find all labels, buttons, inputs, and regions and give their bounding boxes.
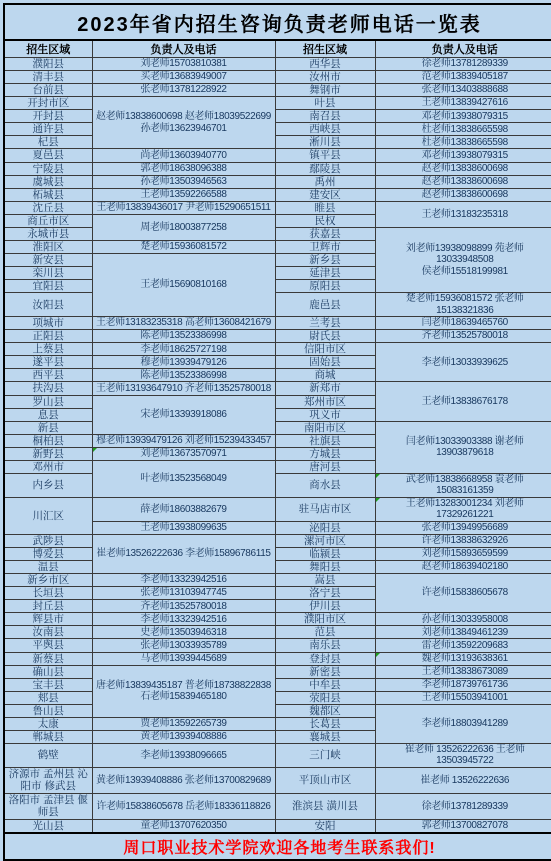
phone-cell: 王老师13938099635: [92, 521, 275, 534]
phone-cell: 张老师13403888688: [375, 84, 551, 97]
phone-cell: 张老师13103947745: [92, 587, 275, 600]
region-cell: 延津县: [275, 267, 375, 280]
phone-cell: 邓老师13938079315: [375, 149, 551, 162]
table-row: 台前县张老师13781228922舞钢市张老师13403888688: [4, 84, 551, 97]
phone-cell: 刘老师15893659599: [375, 548, 551, 561]
footer-slogan: 周口职业技术学院欢迎各地考生联系我们!: [4, 833, 551, 860]
table-row: 通许县西峡县杜老师13838665598: [4, 123, 551, 136]
region-cell: 嵩县: [275, 574, 375, 587]
region-cell: 开封市区: [4, 97, 92, 110]
phone-cell: 孙老师13503946563: [92, 175, 275, 188]
phone-cell: 齐老师13525780018: [375, 330, 551, 343]
table-row: 上蔡县李老师18625727198信阳市区李老师13033939625: [4, 343, 551, 356]
phone-cell: 郭老师13700827078: [375, 819, 551, 833]
page: 2023年省内招生咨询负责老师电话一览表 招生区域 负责人及电话 招生区域 负责…: [0, 0, 551, 853]
phone-cell: 史老师13503946318: [92, 626, 275, 639]
region-cell: 桐柏县: [4, 434, 92, 447]
table-row: 柘城县王老师13592266588建安区赵老师13838600698: [4, 188, 551, 201]
region-cell: 柘城县: [4, 188, 92, 201]
region-cell: 原阳县: [275, 280, 375, 293]
table-row: 杞县淅川县杜老师13838665598: [4, 136, 551, 149]
table-row: 永城市县获嘉县刘老师13938098899 苑老师13033948508 侯老师…: [4, 227, 551, 240]
region-cell: 襄城县: [275, 730, 375, 743]
region-cell: 沈丘县: [4, 201, 92, 214]
table-row: 夏邑县尚老师13603940770镇平县邓老师13938079315: [4, 149, 551, 162]
phone-cell: 买老师13683949007: [92, 71, 275, 84]
phone-cell: 陈老师13523386998: [92, 330, 275, 343]
region-cell: 遂平县: [4, 356, 92, 369]
region-cell: 西华县: [275, 58, 375, 71]
region-cell: 济源市 孟州县 沁阳市 修武县: [4, 767, 92, 793]
region-cell: 平舆县: [4, 639, 92, 652]
region-cell: 淮滨县 潢川县: [275, 793, 375, 819]
phone-cell: 杜老师13838665598: [375, 123, 551, 136]
region-cell: 正阳县: [4, 330, 92, 343]
phone-cell: 赵老师13838600698 赵老师18039522699 孙老师1362394…: [92, 97, 275, 149]
phone-cell: 赵老师13838600698: [375, 188, 551, 201]
region-cell: 博爱县: [4, 548, 92, 561]
region-cell: 南阳市区: [275, 421, 375, 434]
phone-cell: 王老师13838673089: [375, 665, 551, 678]
table-row: 扶沟县王老师13193647910 齐老师13525780018新郑市王老师13…: [4, 382, 551, 395]
table-row: 虞城县孙老师13503946563禹州赵老师13838600698: [4, 175, 551, 188]
region-cell: 西峡县: [275, 123, 375, 136]
region-cell: 泌阳县: [275, 521, 375, 534]
region-cell: 获嘉县: [275, 227, 375, 240]
phone-cell: 张老师13781228922: [92, 84, 275, 97]
phone-cell: 宋老师13393918086: [92, 395, 275, 434]
phone-cell: 郭老师18638096388: [92, 162, 275, 175]
region-cell: 舞阳县: [275, 561, 375, 574]
phone-cell: 许老师15838605678 岳老师18336118826: [92, 793, 275, 819]
phone-cell: 唐老师13839435187 普老师18738822838 石老师1583946…: [92, 665, 275, 717]
phone-cell: 崔老师 13526222636 王老师13503945722: [375, 743, 551, 767]
region-cell: 汝阳县: [4, 293, 92, 317]
region-cell: 范县: [275, 626, 375, 639]
phone-table: 2023年省内招生咨询负责老师电话一览表 招生区域 负责人及电话 招生区域 负责…: [3, 3, 551, 861]
page-title: 2023年省内招生咨询负责老师电话一览表: [4, 4, 551, 40]
region-cell: 宁陵县: [4, 162, 92, 175]
col-header-phone-left: 负责人及电话: [92, 40, 275, 58]
phone-cell: 崔老师13526222636 李老师15896786115: [92, 534, 275, 573]
phone-cell: 王老师13839427616: [375, 97, 551, 110]
region-cell: 叶县: [275, 97, 375, 110]
region-cell: 杞县: [4, 136, 92, 149]
region-cell: 民权: [275, 214, 375, 227]
region-cell: 鹤壁: [4, 743, 92, 767]
region-cell: 长垣县: [4, 587, 92, 600]
region-cell: 社旗县: [275, 434, 375, 447]
phone-cell: 张老师13949956689: [375, 521, 551, 534]
region-cell: 新乡县: [275, 253, 375, 266]
region-cell: 商丘市区: [4, 214, 92, 227]
phone-cell: 齐老师13525780018: [92, 600, 275, 613]
phone-cell: 王老师13183235318: [375, 201, 551, 227]
region-cell: 魏都区: [275, 704, 375, 717]
phone-cell: 魏老师13193638361: [375, 652, 551, 665]
phone-cell: 周老师18003877258: [92, 214, 275, 240]
table-row: 汝南县史老师13503946318范县刘老师13849461239: [4, 626, 551, 639]
region-cell: 台前县: [4, 84, 92, 97]
table-row: 温县舞阳县赵老师18639402180: [4, 561, 551, 574]
region-cell: 禹州: [275, 175, 375, 188]
region-cell: 西平县: [4, 369, 92, 382]
region-cell: 淅川县: [275, 136, 375, 149]
region-cell: 濮阳县: [4, 58, 92, 71]
region-cell: 扶沟县: [4, 382, 92, 395]
table-row: 新蔡县马老师13939445689登封县魏老师13193638361: [4, 652, 551, 665]
region-cell: 南召县: [275, 110, 375, 123]
region-cell: 开封县: [4, 110, 92, 123]
region-cell: 邓州市: [4, 460, 92, 473]
phone-cell: 雷老师13592209683: [375, 639, 551, 652]
table-row: 宝丰县中牟县李老师18739761736: [4, 678, 551, 691]
region-cell: 虞城县: [4, 175, 92, 188]
table-row: 开封市区赵老师13838600698 赵老师18039522699 孙老师136…: [4, 97, 551, 110]
region-cell: 鹿邑县: [275, 293, 375, 317]
table-row: 川汇区薛老师18603882679驻马店市区王老师13283001234 刘老师…: [4, 497, 551, 521]
region-cell: 濮阳市区: [275, 613, 375, 626]
phone-cell: 范老师13839405187: [375, 71, 551, 84]
col-header-region-left: 招生区域: [4, 40, 92, 58]
phone-cell: 黄老师13939408886 张老师13700829689: [92, 767, 275, 793]
region-cell: 兰考县: [275, 317, 375, 330]
table-row: 新县南阳市区闫老师13033903388 谢老师13903879618: [4, 421, 551, 434]
region-cell: 商城: [275, 369, 375, 382]
phone-cell: 黄老师13939408886: [92, 730, 275, 743]
table-row: 鹤壁李老师13938096665三门峡崔老师 13526222636 王老师13…: [4, 743, 551, 767]
table-row: 项城市王老师13183235318 高老师13608421679兰考县闫老师18…: [4, 317, 551, 330]
table-row: 光山县童老师13707620350安阳郭老师13700827078: [4, 819, 551, 833]
table-row: 博爱县临颍县刘老师15893659599: [4, 548, 551, 561]
region-cell: 郑州市区: [275, 395, 375, 408]
region-cell: 商水县: [275, 473, 375, 497]
phone-cell: 李老师13938096665: [92, 743, 275, 767]
region-cell: 确山县: [4, 665, 92, 678]
region-cell: 卫辉市: [275, 240, 375, 253]
table-row: 鲁山县魏都区李老师18803941289: [4, 704, 551, 717]
phone-cell: 王老师13193647910 齐老师13525780018: [92, 382, 275, 395]
phone-cell: 刘老师13938098899 苑老师13033948508 侯老师1551819…: [375, 227, 551, 292]
region-cell: 睢县: [275, 201, 375, 214]
region-cell: 洛宁县: [275, 587, 375, 600]
phone-cell: 李老师18625727198: [92, 343, 275, 356]
region-cell: 登封县: [275, 652, 375, 665]
region-cell: 安阳: [275, 819, 375, 833]
region-cell: 汝南县: [4, 626, 92, 639]
region-cell: 中牟县: [275, 678, 375, 691]
table-row: 内乡县商水县武老师13838668958 袁老师15083161359: [4, 473, 551, 497]
table-row: 濮阳县刘老师15703810381西华县徐老师13781289339: [4, 58, 551, 71]
region-cell: 平顶山市区: [275, 767, 375, 793]
region-cell: 川汇区: [4, 497, 92, 534]
phone-cell: 薛老师18603882679: [92, 497, 275, 521]
phone-cell: 李老师18803941289: [375, 704, 551, 743]
table-row: 确山县唐老师13839435187 普老师18738822838 石老师1583…: [4, 665, 551, 678]
region-cell: 新县: [4, 421, 92, 434]
phone-cell: 邓老师13938079315: [375, 110, 551, 123]
region-cell: 新野县: [4, 447, 92, 460]
phone-cell: 马老师13939445689: [92, 652, 275, 665]
region-cell: 鄢陵县: [275, 162, 375, 175]
phone-cell: 赵老师13838600698: [375, 175, 551, 188]
region-cell: 建安区: [275, 188, 375, 201]
region-cell: 舞钢市: [275, 84, 375, 97]
region-cell: 方城县: [275, 447, 375, 460]
region-cell: 栾川县: [4, 267, 92, 280]
region-cell: 南乐县: [275, 639, 375, 652]
region-cell: 三门峡: [275, 743, 375, 767]
region-cell: 夏邑县: [4, 149, 92, 162]
phone-cell: 武老师13838668958 袁老师15083161359: [375, 473, 551, 497]
region-cell: 温县: [4, 561, 92, 574]
table-row: 济源市 孟州县 沁阳市 修武县黄老师13939408886 张老师1370082…: [4, 767, 551, 793]
region-cell: 洛阳市 孟津县 偃师县: [4, 793, 92, 819]
table-row: 正阳县陈老师13523386998尉氏县齐老师13525780018: [4, 330, 551, 343]
table-row: 新乡市区李老师13323942516嵩县许老师15838605678: [4, 574, 551, 587]
region-cell: 长葛县: [275, 717, 375, 730]
phone-cell: 楚老师15936081572: [92, 240, 275, 253]
phone-cell: 叶老师13523568049: [92, 460, 275, 497]
region-cell: 新郑市: [275, 382, 375, 395]
phone-cell: 张老师13033935789: [92, 639, 275, 652]
region-cell: 宜阳县: [4, 280, 92, 293]
region-cell: 尉氏县: [275, 330, 375, 343]
col-header-phone-right: 负责人及电话: [375, 40, 551, 58]
region-cell: 漯河市区: [275, 534, 375, 547]
region-cell: 宝丰县: [4, 678, 92, 691]
region-cell: 辉县市: [4, 613, 92, 626]
table-row: 汝阳县鹿邑县楚老师15936081572 张老师15138321836: [4, 293, 551, 317]
table-row: 宁陵县郭老师18638096388鄢陵县赵老师13838600698: [4, 162, 551, 175]
region-cell: 新乡市区: [4, 574, 92, 587]
table-row: 平舆县张老师13033935789南乐县雷老师13592209683: [4, 639, 551, 652]
table-row: 洛阳市 孟津县 偃师县许老师15838605678 岳老师18336118826…: [4, 793, 551, 819]
region-cell: 荥阳县: [275, 691, 375, 704]
phone-cell: 李老师13323942516: [92, 574, 275, 587]
phone-cell: 李老师13033939625: [375, 343, 551, 382]
phone-cell: 徐老师13781289339: [375, 793, 551, 819]
phone-cell: 赵老师13838600698: [375, 162, 551, 175]
region-cell: 武陟县: [4, 534, 92, 547]
phone-cell: 闫老师13033903388 谢老师13903879618: [375, 421, 551, 473]
region-cell: 临颍县: [275, 548, 375, 561]
phone-cell: 王老师15503941001: [375, 691, 551, 704]
region-cell: 项城市: [4, 317, 92, 330]
region-cell: 鲁山县: [4, 704, 92, 717]
phone-cell: 王老师13592266588: [92, 188, 275, 201]
phone-cell: 闫老师18639465760: [375, 317, 551, 330]
region-cell: 上蔡县: [4, 343, 92, 356]
phone-cell: 陈老师13523386998: [92, 369, 275, 382]
phone-cell: 刘老师13849461239: [375, 626, 551, 639]
region-cell: 唐河县: [275, 460, 375, 473]
region-cell: 罗山县: [4, 395, 92, 408]
phone-cell: 李老师18739761736: [375, 678, 551, 691]
phone-cell: 王老师13839436017 尹老师15290651511: [92, 201, 275, 214]
phone-cell: 崔老师 13526222636: [375, 767, 551, 793]
table-row: 武陟县崔老师13526222636 李老师15896786115漯河市区许老师1…: [4, 534, 551, 547]
region-cell: 通许县: [4, 123, 92, 136]
phone-cell: 刘老师15703810381: [92, 58, 275, 71]
region-cell: 巩义市: [275, 408, 375, 421]
phone-cell: 贾老师13592265739: [92, 717, 275, 730]
phone-cell: 刘老师13673570971: [92, 447, 275, 460]
phone-cell: 杜老师13838665598: [375, 136, 551, 149]
region-cell: 太康: [4, 717, 92, 730]
phone-cell: 穆老师13939479126: [92, 356, 275, 369]
phone-cell: 许老师15838605678: [375, 574, 551, 613]
region-cell: 新安县: [4, 253, 92, 266]
table-row: 沈丘县王老师13839436017 尹老师15290651511睢县王老师131…: [4, 201, 551, 214]
phone-cell: 徐老师13781289339: [375, 58, 551, 71]
region-cell: 光山县: [4, 819, 92, 833]
col-header-region-right: 招生区域: [275, 40, 375, 58]
region-cell: 永城市县: [4, 227, 92, 240]
region-cell: 新蔡县: [4, 652, 92, 665]
phone-cell: 赵老师18639402180: [375, 561, 551, 574]
phone-cell: 王老师13283001234 刘老师17329261221: [375, 497, 551, 521]
region-cell: 郏县: [4, 691, 92, 704]
table-row: 开封县南召县邓老师13938079315: [4, 110, 551, 123]
region-cell: 信阳市区: [275, 343, 375, 356]
table-row: 清丰县买老师13683949007汝州市范老师13839405187: [4, 71, 551, 84]
region-cell: 镇平县: [275, 149, 375, 162]
table-row: 辉县市李老师13323942516濮阳市区孙老师13033958008: [4, 613, 551, 626]
region-cell: 淮阳区: [4, 240, 92, 253]
region-cell: 清丰县: [4, 71, 92, 84]
region-cell: 郸城县: [4, 730, 92, 743]
region-cell: 汝州市: [275, 71, 375, 84]
region-cell: 固始县: [275, 356, 375, 369]
region-cell: 驻马店市区: [275, 497, 375, 521]
phone-cell: 孙老师13033958008: [375, 613, 551, 626]
region-cell: 伊川县: [275, 600, 375, 613]
phone-cell: 童老师13707620350: [92, 819, 275, 833]
phone-cell: 王老师13183235318 高老师13608421679: [92, 317, 275, 330]
table-row: 郏县荥阳县王老师15503941001: [4, 691, 551, 704]
phone-cell: 尚老师13603940770: [92, 149, 275, 162]
phone-cell: 许老师13838632926: [375, 534, 551, 547]
region-cell: 封丘县: [4, 600, 92, 613]
phone-cell: 李老师13323942516: [92, 613, 275, 626]
region-cell: 息县: [4, 408, 92, 421]
region-cell: 新密县: [275, 665, 375, 678]
phone-cell: 楚老师15936081572 张老师15138321836: [375, 293, 551, 317]
phone-cell: 穆老师13939479126 刘老师15239433457: [92, 434, 275, 447]
region-cell: 内乡县: [4, 473, 92, 497]
phone-cell: 王老师15690810168: [92, 253, 275, 316]
table-body: 濮阳县刘老师15703810381西华县徐老师13781289339清丰县买老师…: [4, 58, 551, 834]
phone-cell: 王老师13838676178: [375, 382, 551, 421]
